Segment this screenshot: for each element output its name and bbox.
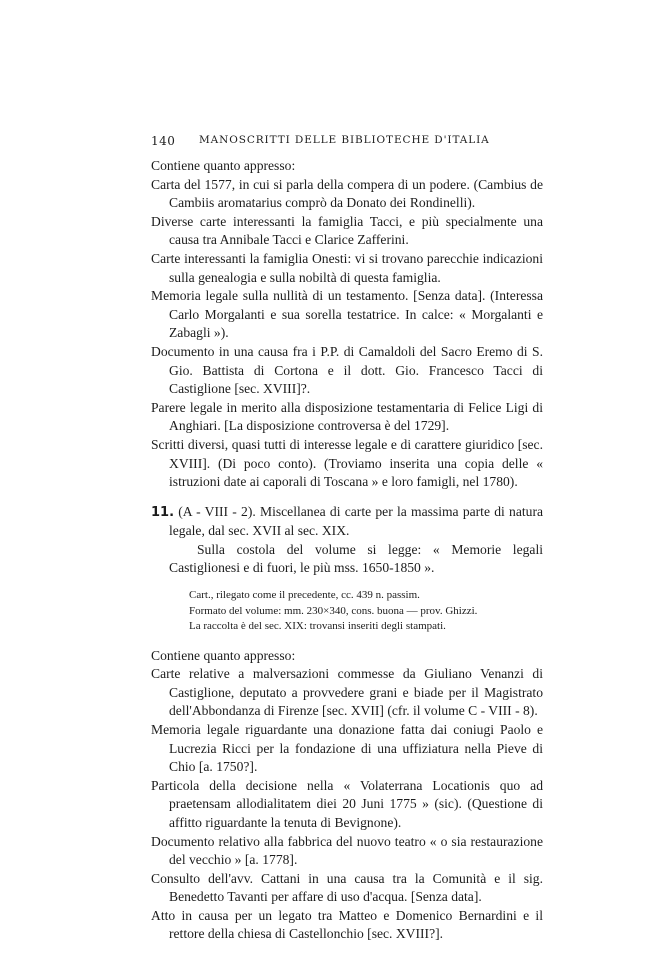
page-header: 140 MANOSCRITTI DELLE BIBLIOTECHE D'ITAL… <box>151 134 543 150</box>
section2-entry: Particola della decisione nella « Volate… <box>151 777 543 833</box>
running-title: MANOSCRITTI DELLE BIBLIOTECHE D'ITALIA <box>199 134 490 146</box>
item-heading-text: (A - VIII - 2). Miscellanea di carte per… <box>169 504 543 539</box>
section2-entry: Memoria legale riguardante una donazione… <box>151 721 543 777</box>
section2-entry: Atto in causa per un legato tra Matteo e… <box>151 907 543 944</box>
item-11-note: Sulla costola del volume si legge: « Mem… <box>151 541 543 578</box>
section2-entry: Consulto dell'avv. Cattani in una causa … <box>151 870 543 907</box>
section1-entry: Parere legale in merito alla disposizion… <box>151 399 543 436</box>
section1-entry: Carte interessanti la famiglia Onesti: v… <box>151 250 543 287</box>
section1-entry: Diverse carte interessanti la famiglia T… <box>151 213 543 250</box>
item-number: 11. <box>151 505 174 520</box>
description-line: Cart., rilegato come il precedente, cc. … <box>189 588 543 604</box>
section2-intro: Contiene quanto appresso: <box>151 647 543 666</box>
description-line: Formato del volume: mm. 230×340, cons. b… <box>189 604 543 620</box>
section2-entry: Documento relativo alla fabbrica del nuo… <box>151 833 543 870</box>
section1-entry: Scritti diversi, quasi tutti di interess… <box>151 436 543 492</box>
section2-entry: Carte relative a malversazioni commesse … <box>151 665 543 721</box>
document-page: 140 MANOSCRITTI DELLE BIBLIOTECHE D'ITAL… <box>0 0 650 980</box>
item-11-description: Cart., rilegato come il precedente, cc. … <box>151 588 543 635</box>
section1-entry: Documento in una causa fra i P.P. di Cam… <box>151 343 543 399</box>
section1-intro: Contiene quanto appresso: <box>151 157 543 176</box>
section1-entry: Carta del 1577, in cui si parla della co… <box>151 176 543 213</box>
section1-entry: Memoria legale sulla nullità di un testa… <box>151 287 543 343</box>
page-body: Contiene quanto appresso: Carta del 1577… <box>151 157 543 944</box>
description-line: La raccolta è del sec. XIX: trovansi ins… <box>189 619 543 635</box>
page-number: 140 <box>151 134 175 148</box>
item-11-heading: 11. (A - VIII - 2). Miscellanea di carte… <box>151 503 543 541</box>
